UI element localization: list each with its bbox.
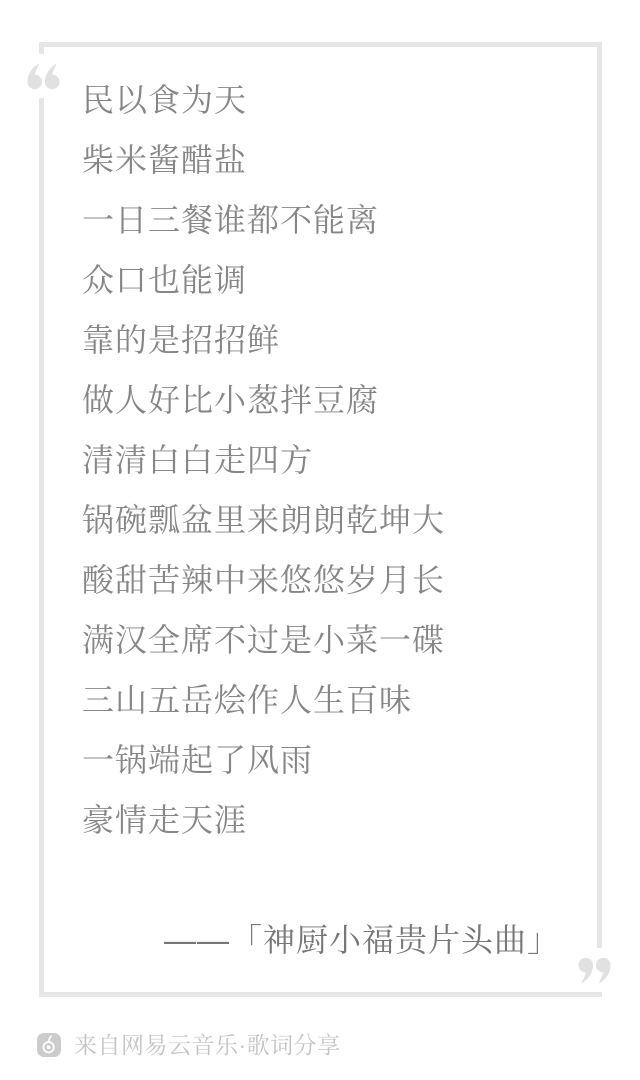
netease-cloud-music-icon xyxy=(37,1033,61,1057)
lyrics-list: 民以食为天柴米酱醋盐一日三餐谁都不能离众口也能调靠的是招招鲜做人好比小葱拌豆腐清… xyxy=(82,70,445,850)
lyric-line: 民以食为天 xyxy=(82,70,445,130)
lyric-line: 一锅端起了风雨 xyxy=(82,730,445,790)
lyric-line: 众口也能调 xyxy=(82,250,445,310)
footer-source-label: 来自网易云音乐·歌词分享 xyxy=(74,1033,341,1057)
lyric-line: 锅碗瓢盆里来朗朗乾坤大 xyxy=(82,490,445,550)
lyric-line: 一日三餐谁都不能离 xyxy=(82,190,445,250)
lyric-line: 三山五岳烩作人生百味 xyxy=(82,670,445,730)
lyric-line: 柴米酱醋盐 xyxy=(82,130,445,190)
lyric-line: 做人好比小葱拌豆腐 xyxy=(82,370,445,430)
footer: 来自网易云音乐·歌词分享 xyxy=(37,1033,341,1057)
lyrics-share-page: { "card": { "lyrics": [ "民以食为天", "柴米酱醋盐"… xyxy=(0,0,640,1080)
lyric-line: 靠的是招招鲜 xyxy=(82,310,445,370)
open-quote-icon xyxy=(20,54,66,98)
attribution: ——「神厨小福贵片头曲」 xyxy=(82,910,560,970)
lyric-line: 豪情走天涯 xyxy=(82,790,445,850)
lyric-line: 酸甜苦辣中来悠悠岁月长 xyxy=(82,550,445,610)
lyric-line: 满汉全席不过是小菜一碟 xyxy=(82,610,445,670)
lyric-line: 清清白白走四方 xyxy=(82,430,445,490)
close-quote-icon xyxy=(572,948,618,992)
